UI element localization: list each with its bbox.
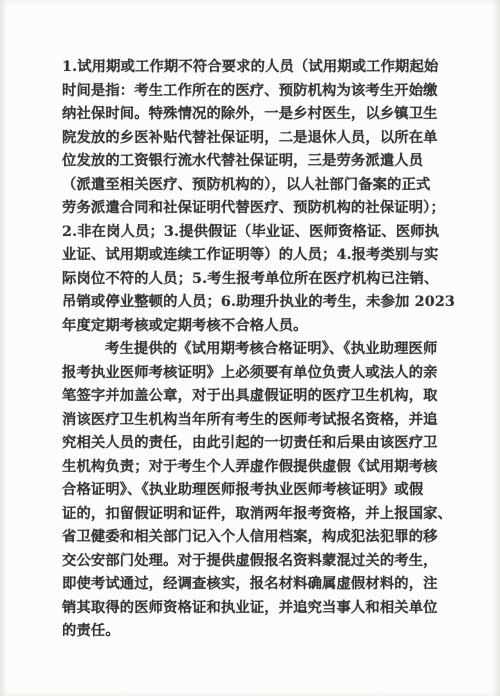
text-line: 劳务派遣合同和社保证明代替医疗、预防机构的社保证明）； xyxy=(62,197,447,221)
text-line: 合格证明》、《执业助理医师报考执业医师考核证明》或假 xyxy=(62,479,447,503)
text-line: 生机构负责；对于考生个人弄虚作假提供虚假《试用期考核 xyxy=(62,456,447,480)
paragraph: 考生提供的《试用期考核合格证明》、《执业助理医师报考执业医师考核证明》上必须要有… xyxy=(62,338,447,644)
text-line: 考生提供的《试用期考核合格证明》、《执业助理医师 xyxy=(62,338,447,362)
text-line: 年度定期考核或定期考核不合格人员。 xyxy=(62,315,447,339)
text-line: 的责任。 xyxy=(62,620,447,644)
text-line: 际岗位不符的人员；5.考生报考单位所在医疗机构已注销、 xyxy=(62,268,447,292)
text-line: 销其取得的医师资格证和执业证，并追究当事人和相关单位 xyxy=(62,597,447,621)
text-line: 省卫健委和相关部门记入个人信用档案，构成犯法犯罪的移 xyxy=(62,526,447,550)
paragraph: 1.试用期或工作期不符合要求的人员（试用期或工作期起始时间是指：考生工作所在的医… xyxy=(62,56,447,338)
document-body: 1.试用期或工作期不符合要求的人员（试用期或工作期起始时间是指：考生工作所在的医… xyxy=(62,56,447,644)
text-line: 交公安部门处理。对于提供虚假报名资料蒙混过关的考生， xyxy=(62,550,447,574)
text-line: 1.试用期或工作期不符合要求的人员（试用期或工作期起始 xyxy=(62,56,447,80)
text-line: 位发放的工资银行流水代替社保证明，三是劳务派遣人员 xyxy=(62,150,447,174)
text-line: 时间是指：考生工作所在的医疗、预防机构为该考生开始缴 xyxy=(62,80,447,104)
text-line: 纳社保时间。特殊情况的除外，一是乡村医生，以乡镇卫生 xyxy=(62,103,447,127)
text-line: 院发放的乡医补贴代替社保证明，二是退休人员，以所在单 xyxy=(62,127,447,151)
text-line: 业证、试用期或连续工作证明等）的人员；4.报考类别与实 xyxy=(62,244,447,268)
document-page: 1.试用期或工作期不符合要求的人员（试用期或工作期起始时间是指：考生工作所在的医… xyxy=(0,0,500,696)
text-line: 究相关人员的责任，由此引起的一切责任和后果由该医疗卫 xyxy=(62,432,447,456)
text-line: 笔签字并加盖公章，对于出具虚假证明的医疗卫生机构，取 xyxy=(62,385,447,409)
text-line: 消该医疗卫生机构当年所有考生的医师考试报名资格，并追 xyxy=(62,409,447,433)
text-line: （派遣至相关医疗、预防机构的），以人社部门备案的正式 xyxy=(62,174,447,198)
text-line: 证的，扣留假证明和证件，取消两年报考资格，并上报国家、 xyxy=(62,503,447,527)
text-line: 即使考试通过，经调查核实，报名材料确属虚假材料的，注 xyxy=(62,573,447,597)
text-line: 2.非在岗人员；3.提供假证（毕业证、医师资格证、医师执 xyxy=(62,221,447,245)
text-line: 报考执业医师考核证明》上必须要有单位负责人或法人的亲 xyxy=(62,362,447,386)
text-line: 吊销或停业整顿的人员；6.助理升执业的考生，未参加 2023 xyxy=(62,291,447,315)
